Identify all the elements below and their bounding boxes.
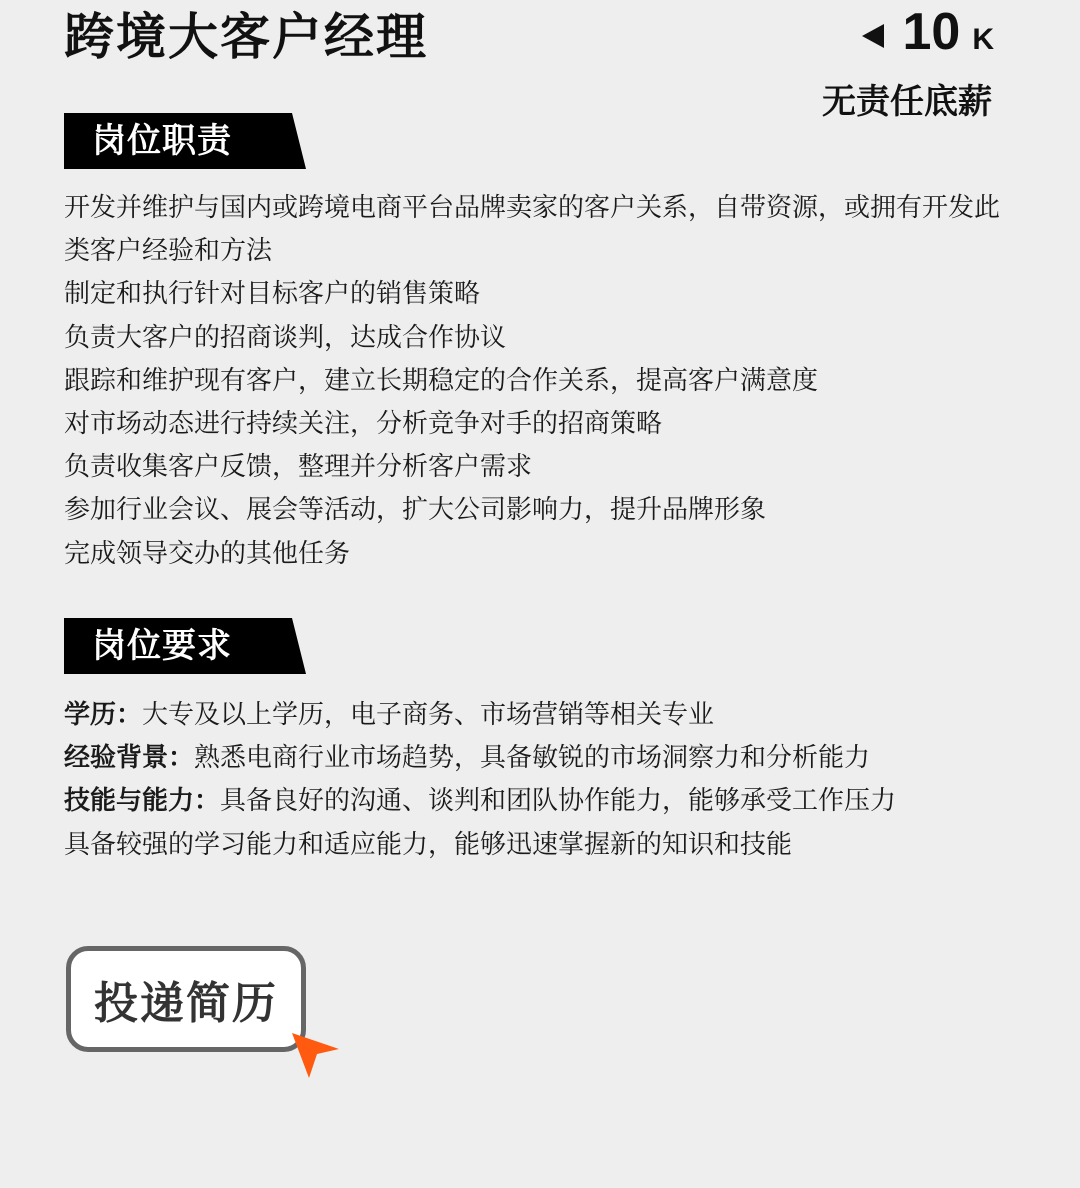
list-item: 开发并维护与国内或跨境电商平台品牌卖家的客户关系，自带资源，或拥有开发此类客户经… [64,187,1004,273]
requirement-text: 具备较强的学习能力和适应能力，能够迅速掌握新的知识和技能 [64,830,792,860]
list-item: 完成领导交办的其他任务 [64,533,1004,576]
list-item: 对市场动态进行持续关注，分析竞争对手的招商策略 [64,403,1004,446]
section-heading-requirements: 岗位要求 [64,618,306,674]
section-heading-responsibilities: 岗位职责 [64,113,306,169]
list-item: 经验背景：熟悉电商行业市场趋势，具备敏锐的市场洞察力和分析能力 [64,737,896,780]
triangle-left-icon [862,24,884,48]
list-item: 负责收集客户反馈，整理并分析客户需求 [64,446,1004,489]
salary: 10 K [862,4,994,60]
requirement-label: 技能与能力： [64,786,220,816]
requirement-text: 熟悉电商行业市场趋势，具备敏锐的市场洞察力和分析能力 [194,743,870,773]
requirement-label: 经验背景： [64,743,194,773]
salary-unit: K [972,23,994,57]
list-item: 学历：大专及以上学历，电子商务、市场营销等相关专业 [64,694,896,737]
list-item: 技能与能力：具备良好的沟通、谈判和团队协作能力，能够承受工作压力 [64,780,896,823]
responsibilities-list: 开发并维护与国内或跨境电商平台品牌卖家的客户关系，自带资源，或拥有开发此类客户经… [64,187,1004,576]
requirement-label: 学历： [64,700,142,730]
list-item: 制定和执行针对目标客户的销售策略 [64,273,1004,316]
salary-note: 无责任底薪 [822,80,992,124]
requirement-text: 大专及以上学历，电子商务、市场营销等相关专业 [142,700,714,730]
salary-value: 10 [902,4,960,60]
list-item: 具备较强的学习能力和适应能力，能够迅速掌握新的知识和技能 [64,824,896,867]
list-item: 参加行业会议、展会等活动，扩大公司影响力，提升品牌形象 [64,489,1004,532]
list-item: 负责大客户的招商谈判，达成合作协议 [64,317,1004,360]
job-title: 跨境大客户经理 [64,6,428,68]
requirements-list: 学历：大专及以上学历，电子商务、市场营销等相关专业 经验背景：熟悉电商行业市场趋… [64,694,896,867]
apply-resume-button[interactable]: 投递简历 [66,946,306,1052]
list-item: 跟踪和维护现有客户，建立长期稳定的合作关系，提高客户满意度 [64,360,1004,403]
requirement-text: 具备良好的沟通、谈判和团队协作能力，能够承受工作压力 [220,786,896,816]
cursor-arrow-icon [288,1030,344,1084]
